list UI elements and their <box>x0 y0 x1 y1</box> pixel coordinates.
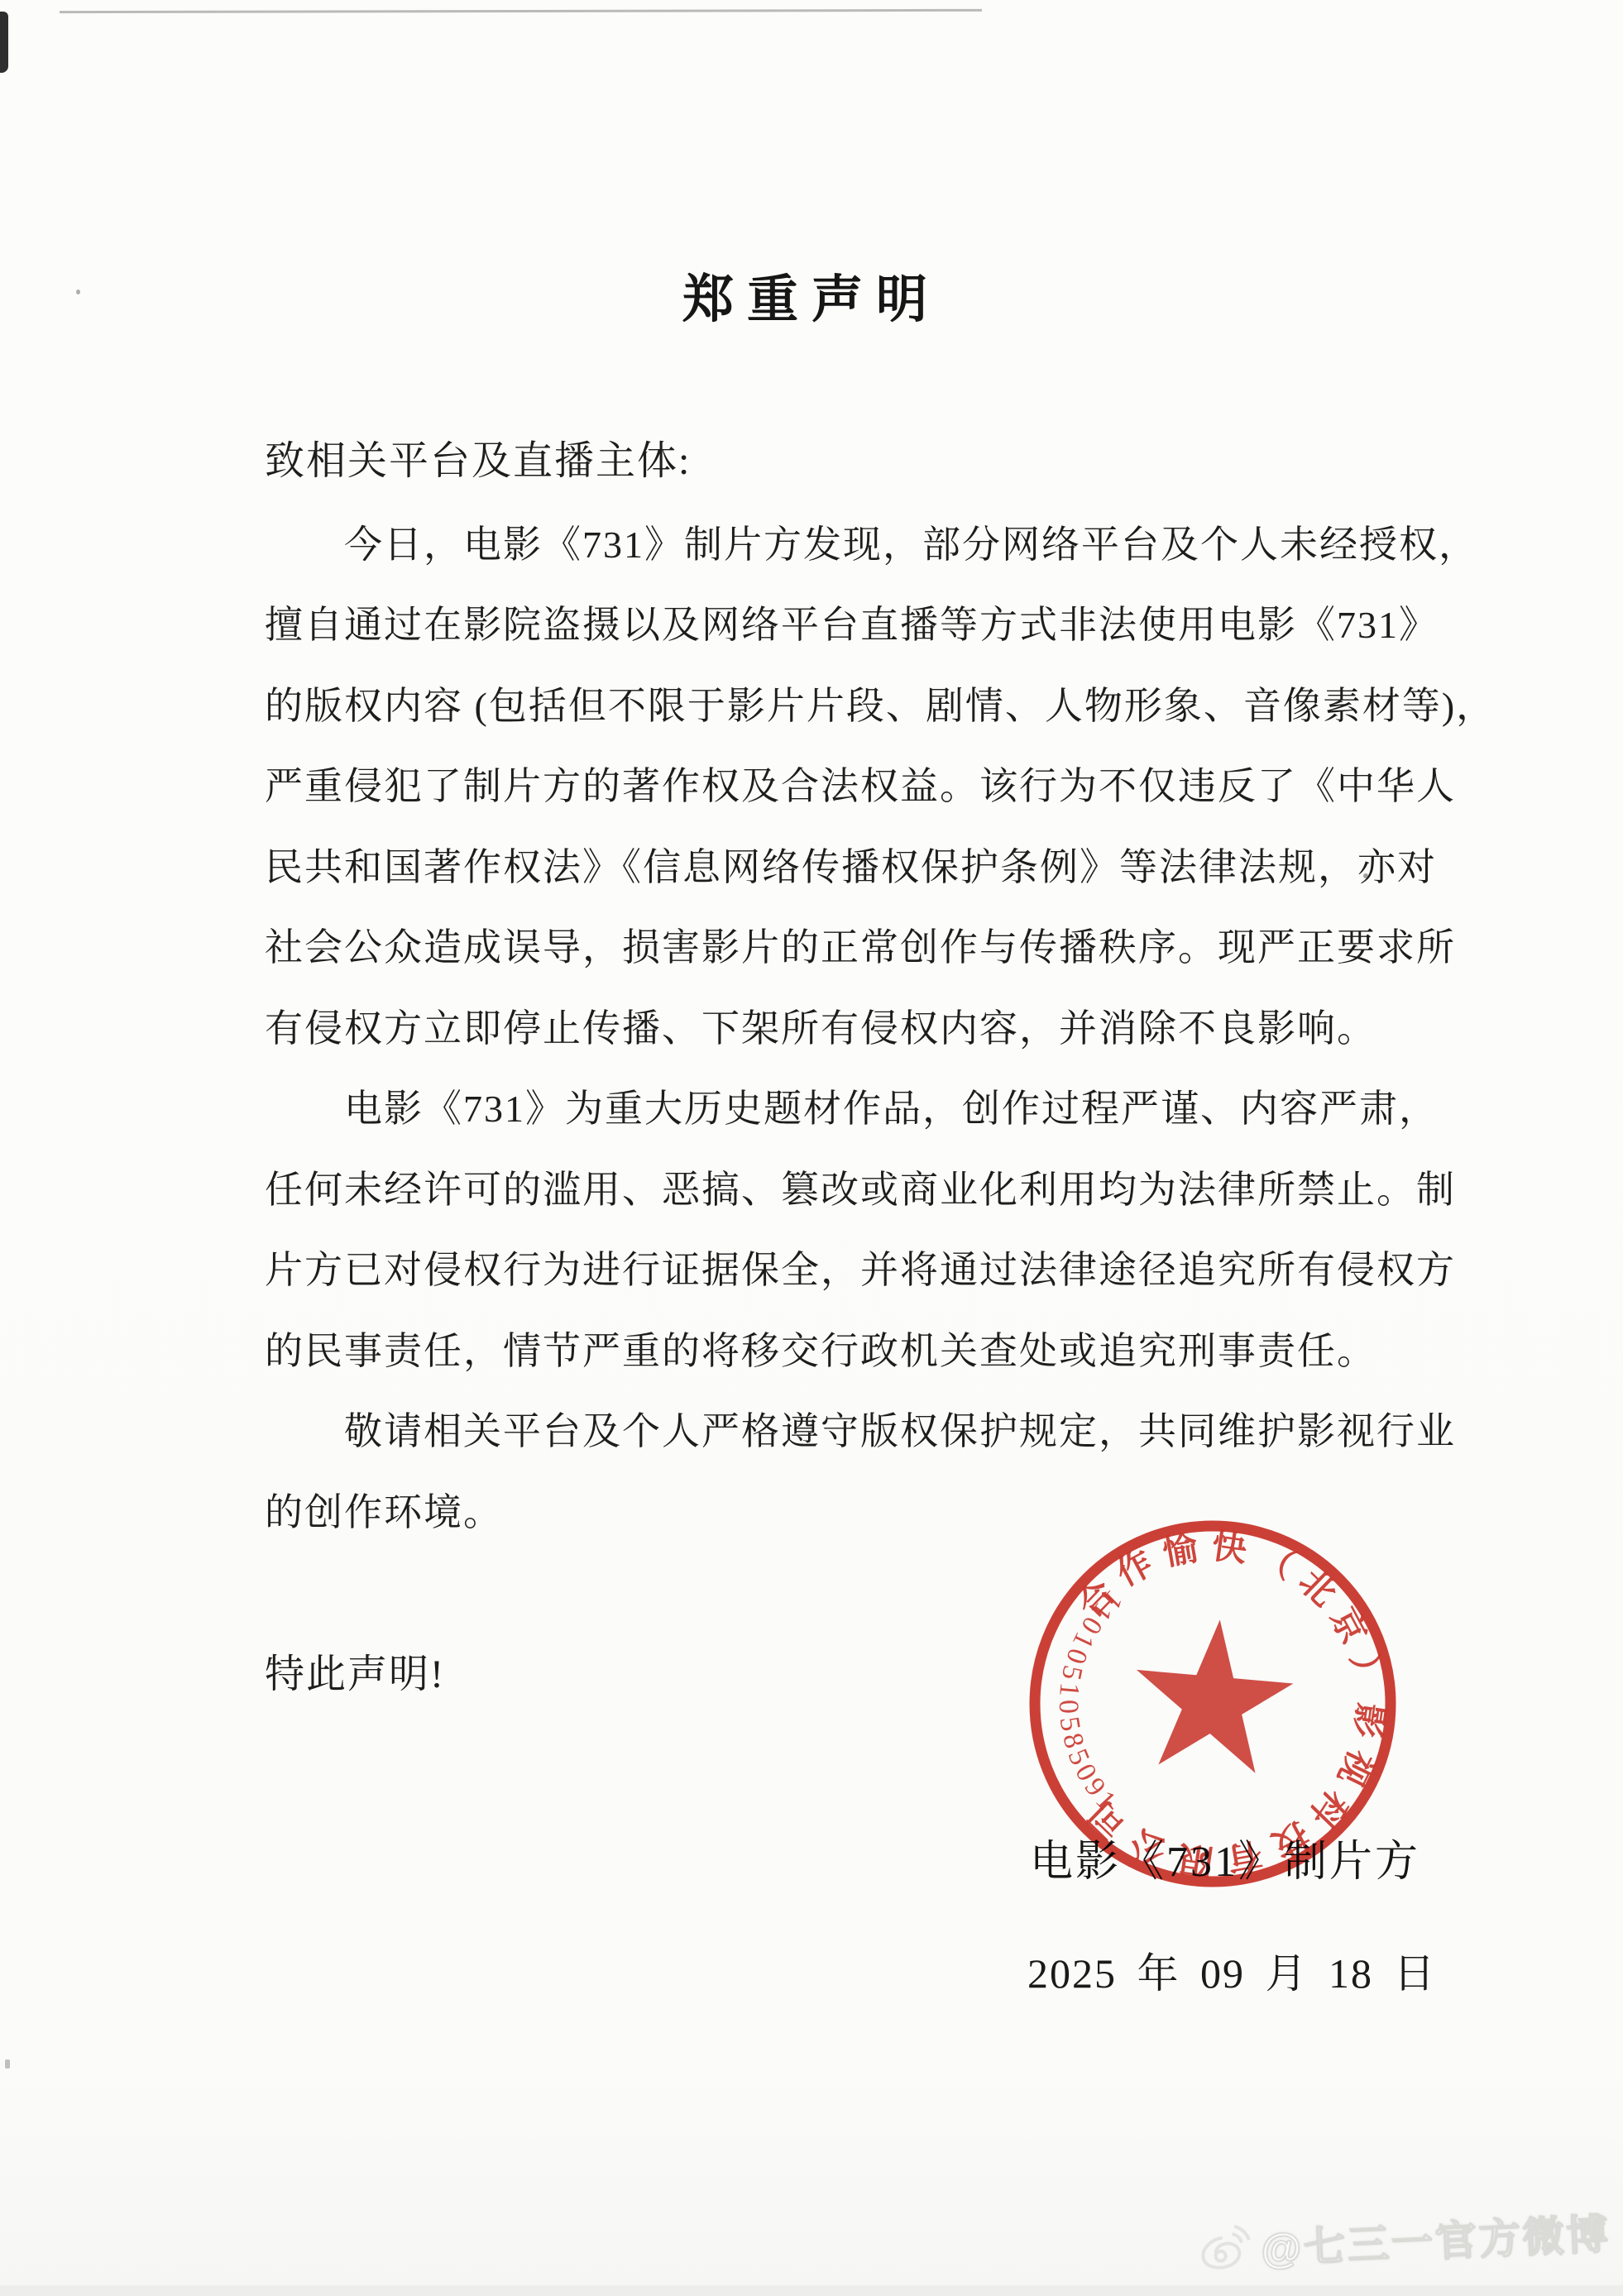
seal-serial-number: 11010510585091 <box>1053 1584 1128 1820</box>
signature-producer: 电影《731》制片方 <box>1030 1826 1420 1888</box>
body-line: 严重侵犯了制片方的著作权及合法权益。该行为不仅违反了《中华人 <box>265 756 1456 811</box>
scan-artifact-line <box>60 9 982 13</box>
scan-speck <box>5 2059 10 2069</box>
body-line: 有侵权方立即停止传播、下架所有侵权内容，并消除不良影响。 <box>265 998 1376 1053</box>
statement-date: 2025 年 09 月 18 日 <box>1027 1940 1437 2000</box>
watermark-handle: @七三一官方微博 <box>1260 2201 1612 2275</box>
body-line: 社会公众造成误导，损害影片的正常创作与传播秩序。现严正要求所 <box>265 917 1456 972</box>
body-line: 的民事责任，情节严重的将移交行政机关查处或追究刑事责任。 <box>265 1321 1376 1375</box>
weibo-icon <box>1197 2222 1254 2274</box>
body-line: 片方已对侵权行为进行证据保全，并将通过法律途径追究所有侵权方 <box>265 1240 1456 1294</box>
scanned-statement-page: 郑重声明 致相关平台及直播主体: 今日，电影《731》制片方发现，部分网络平台及… <box>0 0 1623 2296</box>
svg-text:11010510585091: 11010510585091 <box>1053 1584 1128 1820</box>
body-line: 擅自通过在影院盗摄以及网络平台直播等方式非法使用电影《731》 <box>265 595 1439 649</box>
body-line: 敬请相关平台及个人严格遵守版权保护规定，共同维护影视行业 <box>344 1401 1456 1456</box>
body-line: 民共和国著作权法》《信息网络传播权保护条例》等法律法规，亦对 <box>265 837 1437 892</box>
salutation: 致相关平台及直播主体: <box>265 428 691 486</box>
weibo-watermark: @七三一官方微博 <box>1197 2201 1611 2279</box>
seal-star-icon <box>1128 1613 1298 1776</box>
body-line: 电影《731》为重大历史题材作品，创作过程严谨、内容严肃， <box>344 1079 1439 1133</box>
page-title: 郑重声明 <box>0 258 1623 332</box>
closing-statement: 特此声明! <box>265 1642 445 1699</box>
body-line: 任何未经许可的滥用、恶搞、篡改或商业化利用均为法律所禁止。制 <box>265 1160 1456 1214</box>
body-line: 今日，电影《731》制片方发现，部分网络平台及个人未经授权， <box>344 514 1478 569</box>
scan-edge-strip <box>0 2285 1623 2296</box>
scan-artifact-corner-mark <box>0 12 8 73</box>
body-line: 的创作环境。 <box>265 1482 503 1537</box>
body-line: 的版权内容 (包括但不限于影片片段、剧情、人物形象、音像素材等)， <box>265 676 1496 730</box>
